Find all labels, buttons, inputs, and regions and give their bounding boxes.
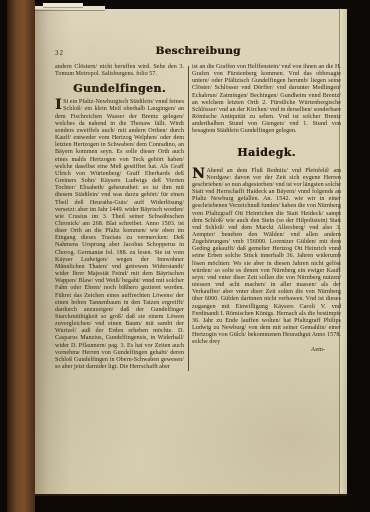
running-title: Beschreibung xyxy=(55,45,341,57)
column-divider xyxy=(188,66,189,371)
catchword: Aem- xyxy=(192,347,341,354)
article-text-haidegk: Ahend an dem Fluß Rednitz/ vnd Pleinfeld… xyxy=(192,168,341,346)
book-page: 32 Beschreibung andern Clöstern/ nicht b… xyxy=(35,9,347,494)
page-header: 32 Beschreibung xyxy=(55,45,341,59)
drop-cap-haidegk: N xyxy=(192,168,206,181)
drop-cap-gundelfingen: I xyxy=(55,99,63,112)
left-column: andern Clöstern/ nicht beruffen wird. Se… xyxy=(55,64,184,371)
page-edge-top-layer xyxy=(43,3,83,8)
prev-article-end: andern Clöstern/ nicht beruffen wird. Se… xyxy=(55,64,184,78)
text-columns: andern Clöstern/ nicht beruffen wird. Se… xyxy=(55,64,341,371)
book-spine xyxy=(7,0,35,512)
article-text-gundelfingen-continued: ist an die Graffen von Helffenstein/ vnd… xyxy=(192,64,341,136)
right-column: ist an die Graffen von Helffenstein/ vnd… xyxy=(192,64,341,371)
article-heading-haidegk: Haidegk. xyxy=(192,147,341,159)
article-body-gundelfingen: ISt ein Pfaltz-Newburgisch Städtlein/ vn… xyxy=(55,99,184,371)
page-edge-bottom xyxy=(35,494,347,496)
text-block: 32 Beschreibung andern Clöstern/ nicht b… xyxy=(55,45,341,371)
page-edge-right-band xyxy=(340,9,347,494)
book-scan: 32 Beschreibung andern Clöstern/ nicht b… xyxy=(0,0,370,512)
article-body-haidegk: NAhend an dem Fluß Rednitz/ vnd Pleinfel… xyxy=(192,168,341,347)
article-heading-gundelfingen: Gundelfingen. xyxy=(55,83,184,95)
article-text-gundelfingen: St ein Pfaltz-Newburgisch Städtlein/ vnn… xyxy=(55,99,184,370)
